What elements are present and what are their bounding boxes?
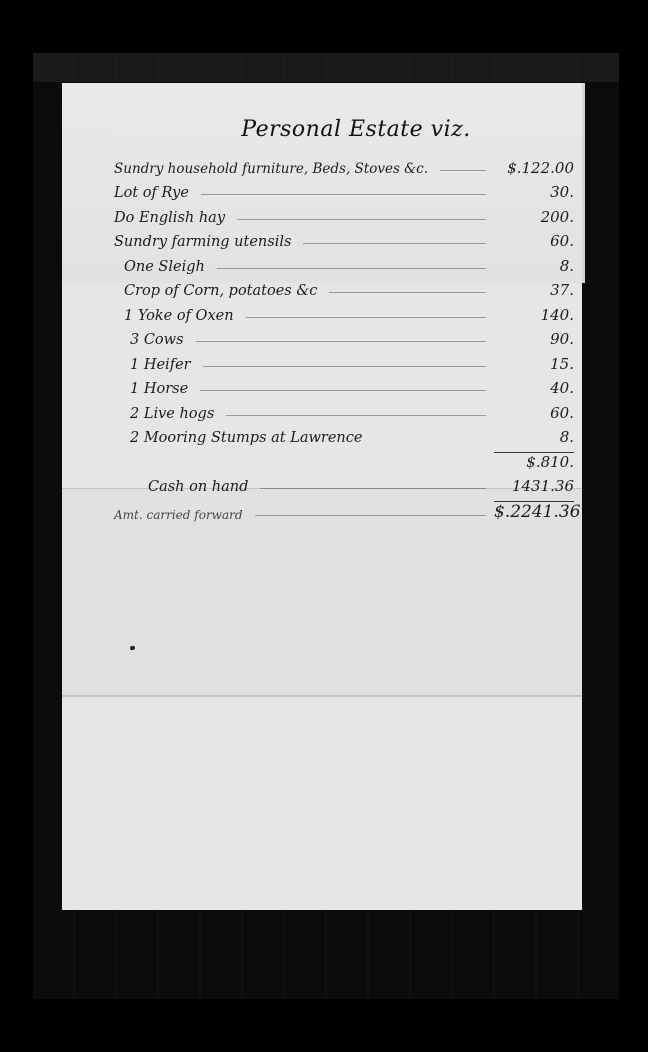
item-amount: 1431.36 xyxy=(494,477,574,495)
item-description: 1 Heifer xyxy=(130,357,197,373)
ledger-row: 3 Cows 90. xyxy=(114,324,574,349)
ledger-row: Lot of Rye 30. xyxy=(114,177,574,202)
item-description: 2 Mooring Stumps at Lawrence xyxy=(130,430,368,446)
ledger-row: 2 Mooring Stumps at Lawrence 8. xyxy=(114,422,574,447)
leader-line xyxy=(196,341,486,342)
item-amount: 90. xyxy=(494,330,574,348)
item-amount: 37. xyxy=(494,281,574,299)
ledger-row: 1 Horse 40. xyxy=(114,373,574,398)
item-amount: 60. xyxy=(494,404,574,422)
ledger-row: Crop of Corn, potatoes &c 37. xyxy=(114,275,574,300)
ledger-content: Personal Estate viz. Sundry household fu… xyxy=(114,117,574,522)
leader-line xyxy=(200,390,486,391)
leader-line xyxy=(246,317,486,318)
item-amount: 200. xyxy=(494,208,574,226)
item-description: 1 Yoke of Oxen xyxy=(124,308,240,324)
item-description: 1 Horse xyxy=(130,381,194,397)
ledger-row: 1 Heifer 15. xyxy=(114,348,574,373)
subtotal-row: $.810. xyxy=(114,446,574,471)
item-description: Amt. carried forward xyxy=(114,508,249,522)
cash-on-hand-row: Cash on hand 1431.36 xyxy=(114,471,574,496)
bleed-through-text: · ·· · ·· xyxy=(70,125,108,133)
leader-line xyxy=(255,515,486,516)
ledger-row: 2 Live hogs 60. xyxy=(114,397,574,422)
item-description: 3 Cows xyxy=(130,332,190,348)
subtotal-amount: $.810. xyxy=(494,452,574,471)
total-amount: $.2241.36 xyxy=(494,501,574,522)
item-amount: 8. xyxy=(494,257,574,275)
leader-line xyxy=(440,170,486,171)
item-description: One Sleigh xyxy=(124,259,211,275)
item-description: Lot of Rye xyxy=(114,185,195,201)
bleed-through-text: ·· · · ·· · xyxy=(70,113,116,121)
leader-line xyxy=(329,292,486,293)
leader-line xyxy=(303,243,486,244)
leader-line xyxy=(201,194,486,195)
ledger-row: Sundry household furniture, Beds, Stoves… xyxy=(114,152,574,177)
item-amount: $.122.00 xyxy=(494,159,574,177)
ledger-row: 1 Yoke of Oxen 140. xyxy=(114,299,574,324)
item-amount: 140. xyxy=(494,306,574,324)
page-panel-bottom xyxy=(62,695,582,910)
item-amount: 30. xyxy=(494,183,574,201)
ledger-row: Sundry farming utensils 60. xyxy=(114,226,574,251)
leader-line xyxy=(203,366,486,367)
item-description: Cash on hand xyxy=(148,479,254,495)
leader-line xyxy=(237,219,486,220)
fold-line xyxy=(62,695,582,696)
page-title: Personal Estate viz. xyxy=(138,117,574,142)
leader-line xyxy=(226,415,486,416)
item-amount: 8. xyxy=(494,428,574,446)
leader-line xyxy=(260,488,486,489)
item-amount: 60. xyxy=(494,232,574,250)
ledger-row: Do English hay 200. xyxy=(114,201,574,226)
carried-forward-row: Amt. carried forward $.2241.36 xyxy=(114,497,574,522)
item-description: Do English hay xyxy=(114,210,231,226)
leader-line xyxy=(217,268,486,269)
item-amount: 40. xyxy=(494,379,574,397)
item-description: Sundry farming utensils xyxy=(114,234,297,250)
item-description: Crop of Corn, potatoes &c xyxy=(124,283,323,299)
ledger-page: ·· · · ·· · · ·· · ·· Personal Estate vi… xyxy=(62,83,582,908)
item-amount: 15. xyxy=(494,355,574,373)
scanned-document: ·· · · ·· · · ·· · ·· Personal Estate vi… xyxy=(0,0,648,1052)
ledger-row: One Sleigh 8. xyxy=(114,250,574,275)
item-description: 2 Live hogs xyxy=(130,406,220,422)
item-description: Sundry household furniture, Beds, Stoves… xyxy=(114,161,434,177)
